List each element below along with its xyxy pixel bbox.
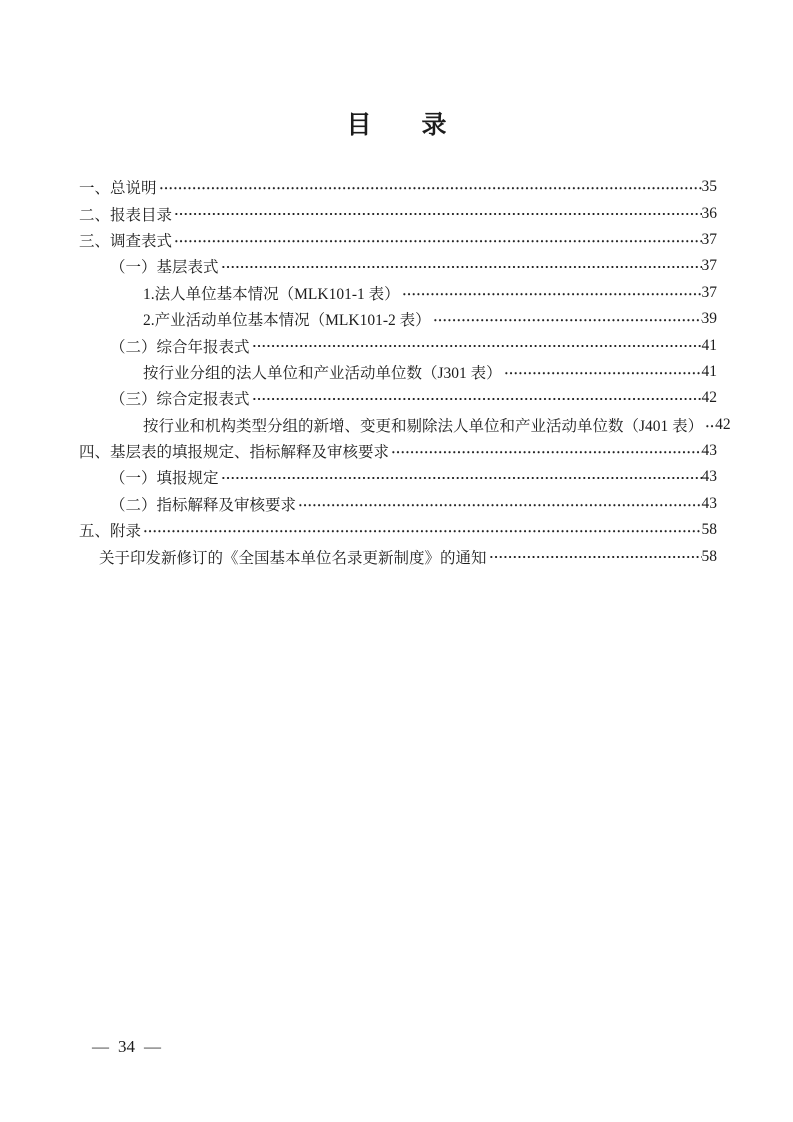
toc-page-number: 58 — [702, 521, 718, 539]
toc-entry-label: （二）指标解释及审核要求 — [110, 493, 298, 515]
dot-leader — [504, 359, 702, 385]
dot-leader — [221, 464, 702, 490]
toc-page-number: 43 — [702, 468, 718, 486]
toc-entry-label: （一）填报规定 — [110, 466, 221, 488]
toc-page-number: 37 — [702, 257, 718, 275]
toc-entry: 五、附录 58 — [79, 517, 717, 543]
dot-leader — [174, 200, 701, 226]
toc-entry: 按行业分组的法人单位和产业活动单位数（J301 表） 41 — [143, 359, 717, 385]
toc-entry: 2.产业活动单位基本情况（MLK101-2 表） 39 — [143, 306, 717, 332]
toc-entry: 1.法人单位基本情况（MLK101-1 表） 37 — [143, 280, 717, 306]
toc-list: 一、总说明 35 二、报表目录 36 三、调查表式 37 （一）基层表式 37 … — [79, 174, 717, 570]
dot-leader — [252, 385, 702, 411]
toc-page-number: 43 — [702, 442, 718, 460]
toc-entry-label: 五、附录 — [79, 519, 143, 541]
toc-entry: （一）填报规定 43 — [110, 464, 717, 490]
dot-leader — [298, 491, 701, 517]
toc-page-number: 41 — [702, 363, 718, 381]
toc-page-number: 37 — [702, 284, 718, 302]
toc-entry-label: 按行业分组的法人单位和产业活动单位数（J301 表） — [143, 361, 504, 383]
footer-page-number: 34 — [118, 1037, 135, 1056]
toc-entry-label: （二）综合年报表式 — [110, 335, 252, 357]
toc-page-number: 42 — [702, 389, 718, 407]
footer-dash-left: — — [92, 1037, 109, 1056]
toc-entry-label: 三、调查表式 — [79, 229, 174, 251]
page-title: 目 录 — [0, 110, 793, 142]
toc-entry: （二）指标解释及审核要求 43 — [110, 491, 717, 517]
toc-entry-label: 四、基层表的填报规定、指标解释及审核要求 — [79, 440, 391, 462]
toc-entry: 四、基层表的填报规定、指标解释及审核要求 43 — [79, 438, 717, 464]
toc-page-number: 58 — [702, 548, 718, 566]
toc-entry: 关于印发新修订的《全国基本单位名录更新制度》的通知 58 — [99, 543, 717, 569]
toc-entry: 三、调查表式 37 — [79, 227, 717, 253]
dot-leader — [252, 332, 702, 358]
toc-entry-label: 1.法人单位基本情况（MLK101-1 表） — [143, 282, 402, 304]
toc-entry: （三）综合定报表式 42 — [110, 385, 717, 411]
toc-entry: 一、总说明 35 — [79, 174, 717, 200]
footer-dash-right: — — [144, 1037, 161, 1056]
document-page: { "document": { "title": "目 录", "footer"… — [0, 0, 793, 1122]
toc-entry: （一）基层表式 37 — [110, 253, 717, 279]
toc-entry-label: （三）综合定报表式 — [110, 387, 252, 409]
dot-leader — [402, 280, 702, 306]
dot-leader — [143, 517, 701, 543]
dot-leader — [433, 306, 702, 332]
toc-entry-label: 按行业和机构类型分组的新增、变更和剔除法人单位和产业活动单位数（J401 表） — [143, 414, 705, 436]
toc-entry-label: （一）基层表式 — [110, 255, 221, 277]
toc-page-number: 35 — [702, 178, 718, 196]
page-footer: —34— — [92, 1038, 161, 1056]
dot-leader — [174, 227, 701, 253]
dot-leader — [489, 543, 702, 569]
toc-entry: 二、报表目录 36 — [79, 200, 717, 226]
toc-page-number: 39 — [702, 310, 718, 328]
toc-entry: （二）综合年报表式 41 — [110, 332, 717, 358]
toc-entry: 按行业和机构类型分组的新增、变更和剔除法人单位和产业活动单位数（J401 表） … — [143, 412, 717, 438]
toc-entry-label: 二、报表目录 — [79, 203, 174, 225]
toc-entry-label: 2.产业活动单位基本情况（MLK101-2 表） — [143, 308, 433, 330]
toc-entry-label: 关于印发新修订的《全国基本单位名录更新制度》的通知 — [99, 546, 489, 568]
dot-leader — [705, 412, 715, 438]
toc-page-number: 41 — [702, 337, 718, 355]
dot-leader — [159, 174, 702, 200]
toc-page-number: 43 — [702, 495, 718, 513]
toc-page-number: 36 — [702, 205, 718, 223]
dot-leader — [391, 438, 701, 464]
toc-entry-label: 一、总说明 — [79, 176, 159, 198]
dot-leader — [221, 253, 702, 279]
toc-page-number: 37 — [702, 231, 718, 249]
toc-page-number: 42 — [715, 416, 731, 434]
